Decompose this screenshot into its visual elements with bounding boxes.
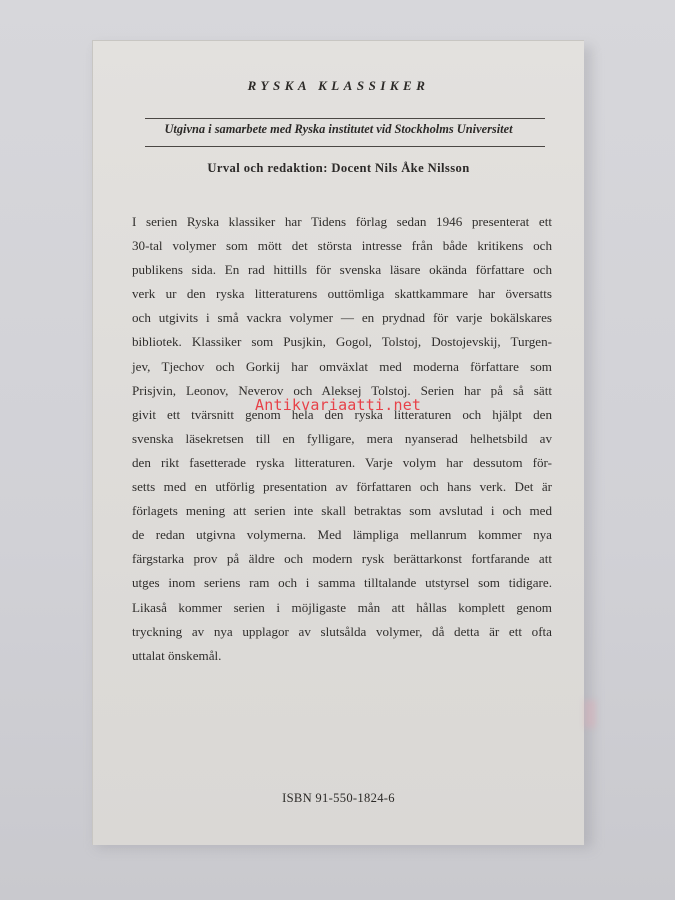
divider-bottom [145, 146, 545, 147]
book-back-cover: RYSKA KLASSIKER Utgivna i samarbete med … [92, 40, 584, 845]
blurb-line: verk ur den ryska litteraturens outtömli… [132, 282, 552, 306]
blurb-line: jev, Tjechov och Gorkij har omväxlat med… [132, 355, 552, 379]
blurb-line: utges inom seriens ram och i samma tillt… [132, 571, 552, 595]
blurb-line: tryckning av nya upplagor av slutsålda v… [132, 620, 552, 644]
blurb-line: setts med en utförlig presentation av fö… [132, 475, 552, 499]
isbn-number: ISBN 91-550-1824-6 [93, 791, 584, 806]
blurb-line: och utgivits i små vackra volymer — en p… [132, 306, 552, 330]
blurb-text: I serien Ryska klassiker har Tidens förl… [132, 210, 552, 668]
blurb-line: förlagets mening att serien inte skall b… [132, 499, 552, 523]
series-subtitle: Utgivna i samarbete med Ryska institutet… [93, 122, 584, 137]
divider-top [145, 118, 545, 119]
blurb-line: Likaså kommer serien i möjligaste mån at… [132, 596, 552, 620]
editor-credit: Urval och redaktion: Docent Nils Åke Nil… [93, 161, 584, 176]
page-smudge [584, 700, 596, 728]
blurb-line: 30-tal volymer som mött det största intr… [132, 234, 552, 258]
blurb-line: uttalat önskemål. [132, 644, 552, 668]
blurb-line: bibliotek. Klassiker som Pusjkin, Gogol,… [132, 330, 552, 354]
series-title: RYSKA KLASSIKER [93, 78, 584, 94]
blurb-line: publikens sida. En rad hittills för sven… [132, 258, 552, 282]
blurb-line: färgstarka prov på äldre och modern rysk… [132, 547, 552, 571]
blurb-line: I serien Ryska klassiker har Tidens förl… [132, 210, 552, 234]
blurb-line: den rikt fasetterade ryska litteraturen.… [132, 451, 552, 475]
blurb-line: de redan utgivna volymerna. Med lämpliga… [132, 523, 552, 547]
watermark-text: Antikvariaatti.net [255, 396, 421, 414]
blurb-line: svenska läsekretsen till en fylligare, m… [132, 427, 552, 451]
